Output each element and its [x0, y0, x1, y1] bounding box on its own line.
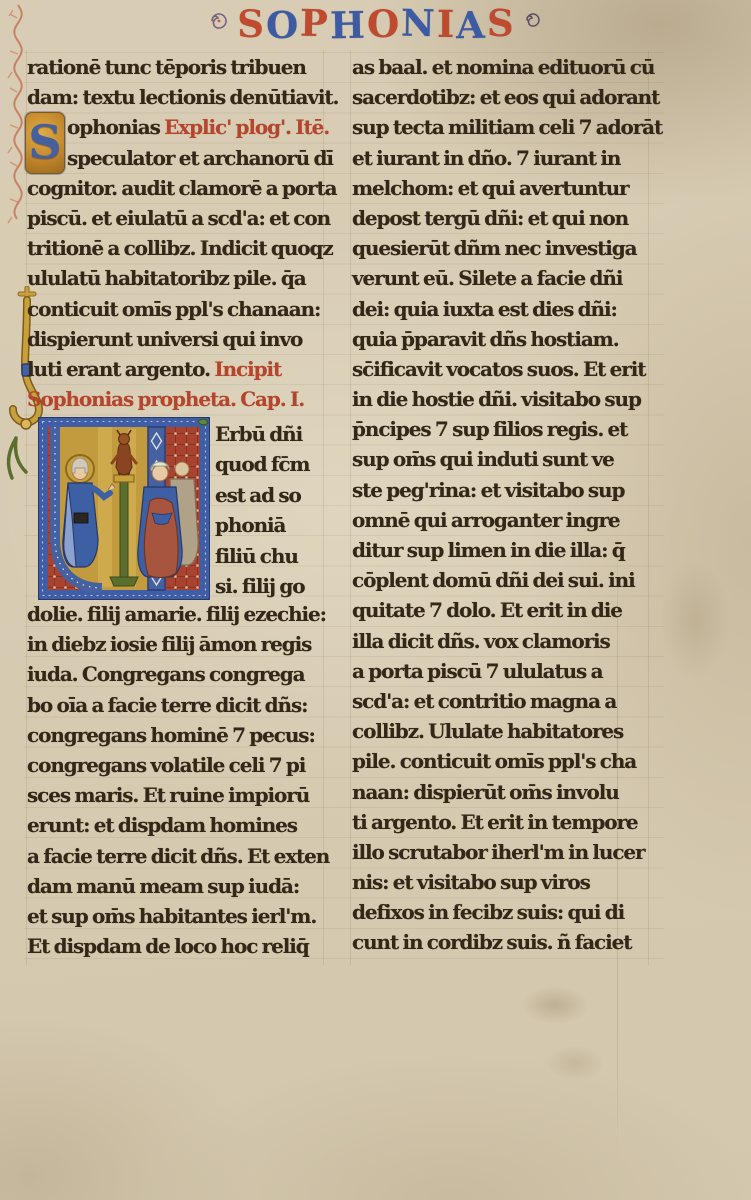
text-line: dam manū meam sup iudā:	[27, 871, 325, 901]
text-line: in die hostie dñi. visitabo sup	[352, 384, 650, 414]
body-text: verunt eū. Silete a facie dñi	[352, 266, 622, 290]
body-text: ophonias	[67, 115, 164, 139]
body-text: sup tecta militiam celi 7 adorāt	[352, 115, 662, 139]
text-line: sc̄ificavit vocatos suos. Et erit	[352, 354, 650, 384]
text-line: ophonias Explic' plog'. Itē.	[27, 112, 325, 142]
body-text: tritionē a collibz. Indicit quoqz	[27, 236, 333, 260]
rubric-text: Incipit	[214, 357, 281, 381]
text-line: quod fc̄m	[215, 449, 323, 479]
body-text: conticuit omīs ppl's chanaan:	[27, 297, 320, 321]
title-letter: O	[266, 5, 301, 46]
text-line: ti argento. Et erit in tempore	[352, 807, 650, 837]
parchment-stain	[660, 560, 730, 680]
body-text: illa dicit dñs. vox clamoris	[352, 629, 610, 653]
text-line: rationē tunc tēporis tribuen	[27, 52, 325, 82]
body-text: sces maris. Et ruine impiorū	[27, 783, 309, 807]
text-line: a facie terre dicit dñs. Et exten	[27, 841, 325, 871]
title-letter: S	[487, 3, 516, 43]
penwork-swirl-left-icon	[206, 8, 232, 34]
body-text: congregans hominē 7 pecus:	[27, 723, 315, 747]
text-line: et iurant in dño. 7 iurant in	[352, 143, 650, 173]
body-text: dei: quia iuxta est dies dñi:	[352, 297, 617, 321]
text-line: est ad so	[215, 480, 323, 510]
text-line: bo oīa a facie terre dicit dñs:	[27, 690, 325, 720]
body-text: dispierunt universi qui invo	[27, 327, 302, 351]
parchment-stain	[545, 1045, 605, 1081]
margin-ruling	[350, 50, 351, 965]
page-title: SOPHONIAS	[237, 4, 516, 44]
text-line: et sup om̄s habitantes ierl'm.	[27, 901, 325, 931]
body-text: Erbū dñi	[215, 422, 302, 446]
text-line: scd'a: et contritio magna a	[352, 686, 650, 716]
text-line: sces maris. Et ruine impiorū	[27, 780, 325, 810]
body-text: quitate 7 dolo. Et erit in die	[352, 598, 622, 622]
text-line: nis: et visitabo sup viros	[352, 867, 650, 897]
body-text: ste peg'rina: et visitabo sup	[352, 478, 624, 502]
text-line: melchom: et qui avertuntur	[352, 173, 650, 203]
text-line: verunt eū. Silete a facie dñi	[352, 263, 650, 293]
body-text: sc̄ificavit vocatos suos. Et erit	[352, 357, 645, 381]
text-line: p̄ncipes 7 sup filios regis. et	[352, 414, 650, 444]
text-line: luti erant argento. Incipit	[27, 354, 325, 384]
text-line: dispierunt universi qui invo	[27, 324, 325, 354]
text-line: quesierūt dñm nec investiga	[352, 233, 650, 263]
body-text: rationē tunc tēporis tribuen	[27, 55, 306, 79]
text-line: omnē qui arroganter ingre	[352, 505, 650, 535]
text-line: cunt in cordibz suis. ñ faciet	[352, 927, 650, 957]
body-text: filiū chu	[215, 544, 298, 568]
text-line: piscū. et eiulatū a scd'a: et con	[27, 203, 325, 233]
text-line: quia p̄paravit dñs hostiam.	[352, 324, 650, 354]
title-letter: P	[300, 3, 331, 44]
text-line: Sophonias propheta. Cap. I.	[27, 384, 325, 414]
manuscript-page: SOPHONIAS S	[0, 0, 751, 1200]
body-text: cōplent domū dñi dei sui. ini	[352, 568, 635, 592]
body-text: defixos in fecibz suis: qui di	[352, 900, 624, 924]
text-line: Erbū dñi	[215, 419, 323, 449]
body-text: ululatū habitatoribz pile. q̄a	[27, 266, 306, 290]
body-text: et sup om̄s habitantes ierl'm.	[27, 904, 316, 928]
body-text: a facie terre dicit dñs. Et exten	[27, 844, 329, 868]
rubric-text: Sophonias propheta. Cap. I.	[27, 387, 304, 411]
body-text: piscū. et eiulatū a scd'a: et con	[27, 206, 330, 230]
rubric-text: Explic' plog'. Itē.	[164, 115, 329, 139]
right-column-text: as baal. et nomina edituorū cūsacerdotib…	[352, 52, 650, 958]
body-text: sacerdotibz: et eos qui adorant	[352, 85, 659, 109]
text-line: ste peg'rina: et visitabo sup	[352, 475, 650, 505]
text-line: cognitor. audit clamorē a porta	[27, 173, 325, 203]
body-text: si. filij go	[215, 574, 305, 598]
body-text: naan: dispierūt om̄s involu	[352, 780, 619, 804]
text-line: illa dicit dñs. vox clamoris	[352, 626, 650, 656]
body-text: ti argento. Et erit in tempore	[352, 810, 638, 834]
text-line: dolie. filij amarie. filij ezechie:	[27, 599, 325, 629]
text-line: ululatū habitatoribz pile. q̄a	[27, 263, 325, 293]
body-text: scd'a: et contritio magna a	[352, 689, 616, 713]
body-text: as baal. et nomina edituorū cū	[352, 55, 654, 79]
text-line: illo scrutabor iherl'm in lucer	[352, 837, 650, 867]
text-line: sup tecta militiam celi 7 adorāt	[352, 112, 650, 142]
parchment-stain	[520, 985, 590, 1025]
body-text: omnē qui arroganter ingre	[352, 508, 620, 532]
left-column-upper-text: rationē tunc tēporis tribuendam: textu l…	[27, 52, 325, 414]
body-text: quesierūt dñm nec investiga	[352, 236, 637, 260]
body-text: dam: textu lectionis denūtiavit.	[27, 85, 338, 109]
text-line: iuda. Congregans congrega	[27, 659, 325, 689]
text-line: si. filij go	[215, 571, 323, 601]
body-text: nis: et visitabo sup viros	[352, 870, 590, 894]
text-line: dei: quia iuxta est dies dñi:	[352, 294, 650, 324]
left-column-beside-miniature-text: Erbū dñiquod fc̄mest ad sophoniāfiliū ch…	[215, 419, 323, 601]
text-line: cōplent domū dñi dei sui. ini	[352, 565, 650, 595]
body-text: et iurant in dño. 7 iurant in	[352, 146, 620, 170]
text-line: phoniā	[215, 510, 323, 540]
body-text: iuda. Congregans congrega	[27, 662, 305, 686]
body-text: sup om̄s qui induti sunt ve	[352, 447, 614, 471]
text-line: congregans volatile celi 7 pi	[27, 750, 325, 780]
text-line: pile. conticuit omīs ppl's cha	[352, 746, 650, 776]
text-line: erunt: et dispdam homines	[27, 810, 325, 840]
body-text: melchom: et qui avertuntur	[352, 176, 628, 200]
body-text: quod fc̄m	[215, 452, 309, 476]
body-text: luti erant argento.	[27, 357, 214, 381]
text-line: naan: dispierūt om̄s involu	[352, 777, 650, 807]
title-letter: H	[330, 5, 368, 46]
text-line: as baal. et nomina edituorū cū	[352, 52, 650, 82]
text-line: dam: textu lectionis denūtiavit.	[27, 82, 325, 112]
body-text: a porta piscū 7 ululatus a	[352, 659, 602, 683]
text-line: filiū chu	[215, 541, 323, 571]
body-text: erunt: et dispdam homines	[27, 813, 297, 837]
text-line: ditur sup limen in die illa: q̄	[352, 535, 650, 565]
body-text: dolie. filij amarie. filij ezechie:	[27, 602, 326, 626]
text-line: depost tergū dñi: et qui non	[352, 203, 650, 233]
body-text: pile. conticuit omīs ppl's cha	[352, 749, 636, 773]
text-line: tritionē a collibz. Indicit quoqz	[27, 233, 325, 263]
text-line: collibz. Ululate habitatores	[352, 716, 650, 746]
body-text: est ad so	[215, 483, 301, 507]
title-letter: N	[401, 3, 438, 44]
penwork-swirl-right-icon	[521, 8, 545, 32]
historiated-initial-miniature	[38, 417, 210, 600]
text-line: quitate 7 dolo. Et erit in die	[352, 595, 650, 625]
body-text: ditur sup limen in die illa: q̄	[352, 538, 625, 562]
body-text: p̄ncipes 7 sup filios regis. et	[352, 417, 627, 441]
running-title: SOPHONIAS	[0, 2, 751, 48]
body-text: in diebz iosie filij āmon regis	[27, 632, 311, 656]
body-text: collibz. Ululate habitatores	[352, 719, 623, 743]
title-letter: O	[367, 4, 401, 44]
text-line: defixos in fecibz suis: qui di	[352, 897, 650, 927]
body-text: in die hostie dñi. visitabo sup	[352, 387, 641, 411]
body-text: quia p̄paravit dñs hostiam.	[352, 327, 619, 351]
body-text: congregans volatile celi 7 pi	[27, 753, 305, 777]
text-line: speculator et archanorū dī	[27, 143, 325, 173]
body-text: speculator et archanorū dī	[67, 146, 333, 170]
text-line: sup om̄s qui induti sunt ve	[352, 444, 650, 474]
title-letter: I	[437, 4, 456, 44]
body-text: cunt in cordibz suis. ñ faciet	[352, 930, 631, 954]
text-line: congregans hominē 7 pecus:	[27, 720, 325, 750]
body-text: depost tergū dñi: et qui non	[352, 206, 628, 230]
body-text: dam manū meam sup iudā:	[27, 874, 299, 898]
text-line: sacerdotibz: et eos qui adorant	[352, 82, 650, 112]
title-letter: S	[237, 4, 266, 44]
text-line: conticuit omīs ppl's chanaan:	[27, 294, 325, 324]
text-line: a porta piscū 7 ululatus a	[352, 656, 650, 686]
text-line: in diebz iosie filij āmon regis	[27, 629, 325, 659]
body-text: bo oīa a facie terre dicit dñs:	[27, 693, 307, 717]
title-letter: A	[456, 5, 487, 46]
body-text: illo scrutabor iherl'm in lucer	[352, 840, 644, 864]
body-text: cognitor. audit clamorē a porta	[27, 176, 336, 200]
body-text: Et dispdam de loco hoc reliq̄	[27, 934, 309, 958]
text-line: Et dispdam de loco hoc reliq̄	[27, 931, 325, 961]
body-text: phoniā	[215, 513, 285, 537]
left-column-lower-text: dolie. filij amarie. filij ezechie:in di…	[27, 599, 325, 961]
